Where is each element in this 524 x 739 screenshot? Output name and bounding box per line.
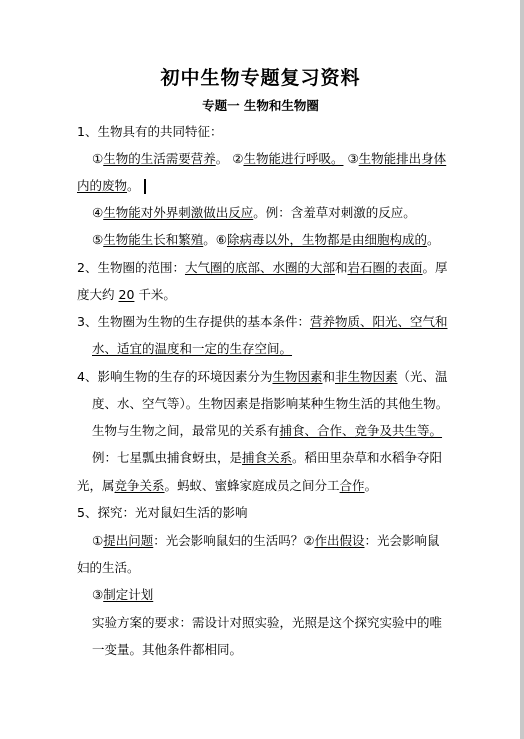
plain-text: 度大约 [77,287,115,302]
item-number: ⑥ [216,232,227,247]
plain-text: 例：七星瓢虫捕食蚜虫，是 [92,450,242,465]
plain-text: 和 [322,369,335,384]
plain-text: 一变量。其他条件都相同。 [92,642,242,657]
underlined-text: 营养物质、阳光、空气和 [310,314,448,329]
document-title: 初中生物专题复习资料 [77,63,444,90]
item-number: ② [232,151,243,166]
underlined-number: 20 [119,287,135,302]
punctuation: 。 [127,178,140,193]
plain-text: 实验方案的要求：需设计对照实验，光照是这个探究实验中的唯 [92,615,442,630]
punctuation: 。 [427,232,440,247]
underlined-text: 生物能进行呼吸。 [243,151,343,166]
underlined-text: 捕食关系 [242,450,292,465]
section-1-line-2: 内的废物。 [77,177,146,195]
underlined-text: 生物能排出身体 [359,151,447,166]
underlined-text: 生物因素 [272,369,322,384]
section-1-line-4: ⑤生物能生长和繁殖。⑥除病毒以外，生物都是由细胞构成的。 [92,231,440,249]
section-4-line-3: 生物与生物之间，最常见的关系有捕食、合作、竞争及共生等。 [92,422,442,440]
section-3-line-2: 水、适宜的温度和一定的生存空间。 [92,340,292,358]
section-2-line-1: 2、生物圈的范围：大气圈的底部、水圈的大部和岩石圈的表面。厚 [77,259,448,277]
plain-text: 生物与生物之间，最常见的关系有 [92,423,280,438]
item-number: ③ [92,587,103,602]
underlined-text: 合作 [340,478,365,493]
item-number: ③ [347,151,358,166]
heading-text: 2、生物圈的范围： [77,260,185,275]
heading-text: 5、探究：光对鼠妇生活的影响 [77,505,247,520]
punctuation: 。 [203,232,216,247]
plain-text: 。稻田里杂草和水稻争夺阳 [292,450,442,465]
underlined-text: 除病毒以外，生物都是由细胞构成的 [227,232,427,247]
punctuation: 。 [216,151,229,166]
example-text: 。例：含羞草对刺激的反应。 [253,205,416,220]
section-5-line-3: ③制定计划 [92,586,153,604]
heading-text: 3、生物圈为生物的生存提供的基本条件： [77,314,310,329]
underlined-text: 岩石圈的表面 [348,260,423,275]
section-5-heading: 5、探究：光对鼠妇生活的影响 [77,504,247,522]
underlined-text: 非生物因素 [335,369,398,384]
heading-text: 1、生物具有的共同特征： [77,124,222,139]
section-5-line-1: ①提出问题：光会影响鼠妇的生活吗？②作出假设：光会影响鼠 [92,532,440,550]
item-number: ⑤ [92,232,103,247]
item-number: ④ [92,205,103,220]
section-1-line-3: ④生物能对外界刺激做出反应。例：含羞草对刺激的反应。 [92,204,416,222]
plain-text: 度、水、空气等）。生物因素是指影响某种生物生活的其他生物。 [92,396,448,411]
underlined-text: 生物能生长和繁殖 [103,232,203,247]
underlined-text: 作出假设 [314,533,364,548]
plain-text: 千米。 [138,287,176,302]
underlined-text: 大气圈的底部、水圈的大部 [185,260,335,275]
underlined-text: 捕食、合作、竞争及共生等。 [280,423,443,438]
text-cursor [144,179,146,194]
underlined-text: 竞争关系 [115,478,165,493]
punctuation: 。 [365,478,378,493]
underlined-text: 制定计划 [103,587,153,602]
plain-text: （光、温 [398,369,448,384]
section-4-line-2: 度、水、空气等）。生物因素是指影响某种生物生活的其他生物。 [92,395,448,413]
item-number: ② [303,533,314,548]
plain-text: ：光会影响鼠妇的生活吗？ [153,533,303,548]
document-subtitle: 专题一 生物和生物圈 [77,96,444,114]
section-1-line-1: ①生物的生活需要营养。 ②生物能进行呼吸。 ③生物能排出身体 [92,150,446,168]
underlined-text: 提出问题 [103,533,153,548]
plain-text: 。蚂蚁、蜜蜂家庭成员之间分工 [165,478,340,493]
section-4-line-1: 4、影响生物的生存的环境因素分为生物因素和非生物因素（光、温 [77,368,448,386]
underlined-text: 内的废物 [77,178,127,193]
section-5-line-4: 实验方案的要求：需设计对照实验，光照是这个探究实验中的唯 [92,614,442,632]
plain-text: 。厚 [423,260,448,275]
underlined-text: 水、适宜的温度和一定的生存空间。 [92,341,292,356]
plain-text: 妇的生活。 [77,560,140,575]
underlined-text: 生物的生活需要营养 [103,151,216,166]
vertical-scrollbar[interactable] [520,0,524,739]
heading-text: 4、影响生物的生存的环境因素分为 [77,369,272,384]
item-number: ① [92,533,103,548]
section-1-heading: 1、生物具有的共同特征： [77,123,222,141]
section-4-line-5: 光，属竞争关系。蚂蚁、蜜蜂家庭成员之间分工合作。 [77,477,377,495]
section-3-line-1: 3、生物圈为生物的生存提供的基本条件：营养物质、阳光、空气和 [77,313,447,331]
underlined-text: 生物能对外界刺激做出反应 [103,205,253,220]
plain-text: 和 [335,260,348,275]
plain-text: ：光会影响鼠 [364,533,439,548]
document-page[interactable]: 初中生物专题复习资料 专题一 生物和生物圈 1、生物具有的共同特征： ①生物的生… [0,0,520,739]
item-number: ① [92,151,103,166]
section-5-line-5: 一变量。其他条件都相同。 [92,641,242,659]
plain-text: 光，属 [77,478,115,493]
section-2-line-2: 度大约 20 千米。 [77,286,176,304]
section-4-line-4: 例：七星瓢虫捕食蚜虫，是捕食关系。稻田里杂草和水稻争夺阳 [92,449,442,467]
section-5-line-2: 妇的生活。 [77,559,140,577]
